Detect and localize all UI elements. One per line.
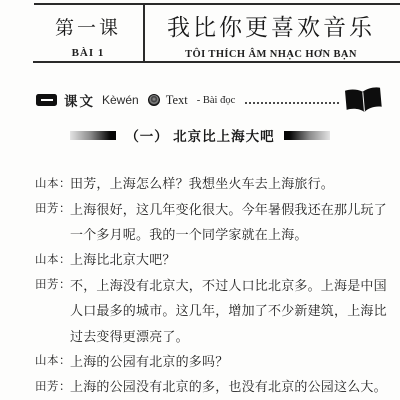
dialogue-text: 上海比北京大吧？ bbox=[70, 249, 176, 268]
dialogue-line: 田芳： 上海很好，这几年变化很大。今年暑假我还在那儿玩了 bbox=[35, 195, 386, 220]
gradient-bar-left bbox=[70, 131, 116, 140]
dialogue-text: 上海很好，这几年变化很大。今年暑假我还在那儿玩了 bbox=[70, 199, 387, 218]
speaker-label: 田芳： bbox=[35, 200, 70, 216]
speaker-label: 山本： bbox=[35, 175, 70, 191]
dialogue-text: 上海的公园有北京的多吗？ bbox=[70, 351, 228, 370]
sphere-icon bbox=[148, 94, 160, 106]
speaker-label: 田芳： bbox=[35, 276, 70, 292]
dialogue-text: 上海的公园没有北京的多，也没有北京的公园这么大。 bbox=[70, 376, 387, 395]
gradient-bar-right bbox=[284, 131, 330, 140]
dialogue-line: 人口最多的城市。这几年，增加了不少新建筑，上海比 bbox=[35, 297, 386, 322]
dialogue-line: 山本： 上海比北京大吧？ bbox=[35, 246, 386, 271]
header-bottom-rule bbox=[33, 61, 400, 63]
header-top-rule bbox=[34, 3, 400, 5]
dotted-leader bbox=[245, 102, 339, 104]
section-label-pinyin: Kèwén bbox=[102, 93, 139, 107]
yi-glyph-bar bbox=[41, 99, 53, 101]
section-label-chinese: 课文 bbox=[64, 90, 95, 110]
dialogue-block: 山本： 田芳，上海怎么样？我想坐火车去上海旅行。 田芳： 上海很好，这几年变化很… bbox=[35, 170, 386, 399]
dialogue-text: 田芳，上海怎么样？我想坐火车去上海旅行。 bbox=[70, 173, 334, 192]
dialogue-text: 过去变得更漂亮了。 bbox=[70, 326, 189, 345]
dialogue-line: 田芳： 不，上海没有北京大，不过人口比北京多。上海是中国 bbox=[35, 272, 386, 297]
section-one-badge-icon bbox=[36, 94, 57, 106]
speaker-label: 田芳： bbox=[35, 378, 70, 394]
dialogue-line: 田芳： 上海的公园没有北京的多，也没有北京的公园这么大。 bbox=[35, 373, 386, 398]
subsection-header: （一） 北京比上海大吧 bbox=[0, 127, 400, 143]
dialogue-text: 一个多月呢。我的一个同学家就在上海。 bbox=[70, 224, 308, 243]
speaker-label: 山本： bbox=[35, 352, 70, 368]
textbook-page: 第一课 BÀI 1 我比你更喜欢音乐 TÔI THÍCH ÂM NHẠC HƠN… bbox=[0, 0, 400, 400]
dialogue-text: 人口最多的城市。这几年，增加了不少新建筑，上海比 bbox=[70, 300, 387, 319]
dialogue-line: 山本： 田芳，上海怎么样？我想坐火车去上海旅行。 bbox=[35, 170, 386, 195]
lesson-title-chinese: 我比你更喜欢音乐 bbox=[146, 9, 396, 42]
subsection-title: （一） 北京比上海大吧 bbox=[125, 125, 274, 145]
lesson-title-vietnamese: TÔI THÍCH ÂM NHẠC HƠN BẠN bbox=[146, 49, 396, 60]
open-book-icon bbox=[344, 85, 383, 115]
lesson-number-chinese: 第一课 bbox=[34, 13, 142, 40]
dialogue-line: 过去变得更漂亮了。 bbox=[35, 322, 386, 347]
dialogue-text: 不，上海没有北京大，不过人口比北京多。上海是中国 bbox=[70, 275, 387, 294]
lesson-number-vietnamese: BÀI 1 bbox=[34, 47, 142, 59]
section-label-english: Text bbox=[166, 93, 188, 108]
dialogue-line: 山本： 上海的公园有北京的多吗？ bbox=[35, 348, 386, 373]
section-label-vietnamese: - Bài đọc bbox=[197, 95, 236, 106]
lesson-number-cell: 第一课 BÀI 1 bbox=[34, 13, 142, 59]
section-header-row: 课文 Kèwén Text - Bài đọc bbox=[36, 87, 382, 113]
speaker-label: 山本： bbox=[35, 251, 70, 267]
dialogue-line: 一个多月呢。我的一个同学家就在上海。 bbox=[35, 221, 386, 246]
lesson-title-cell: 我比你更喜欢音乐 TÔI THÍCH ÂM NHẠC HƠN BẠN bbox=[146, 9, 396, 60]
header-divider bbox=[143, 4, 145, 62]
